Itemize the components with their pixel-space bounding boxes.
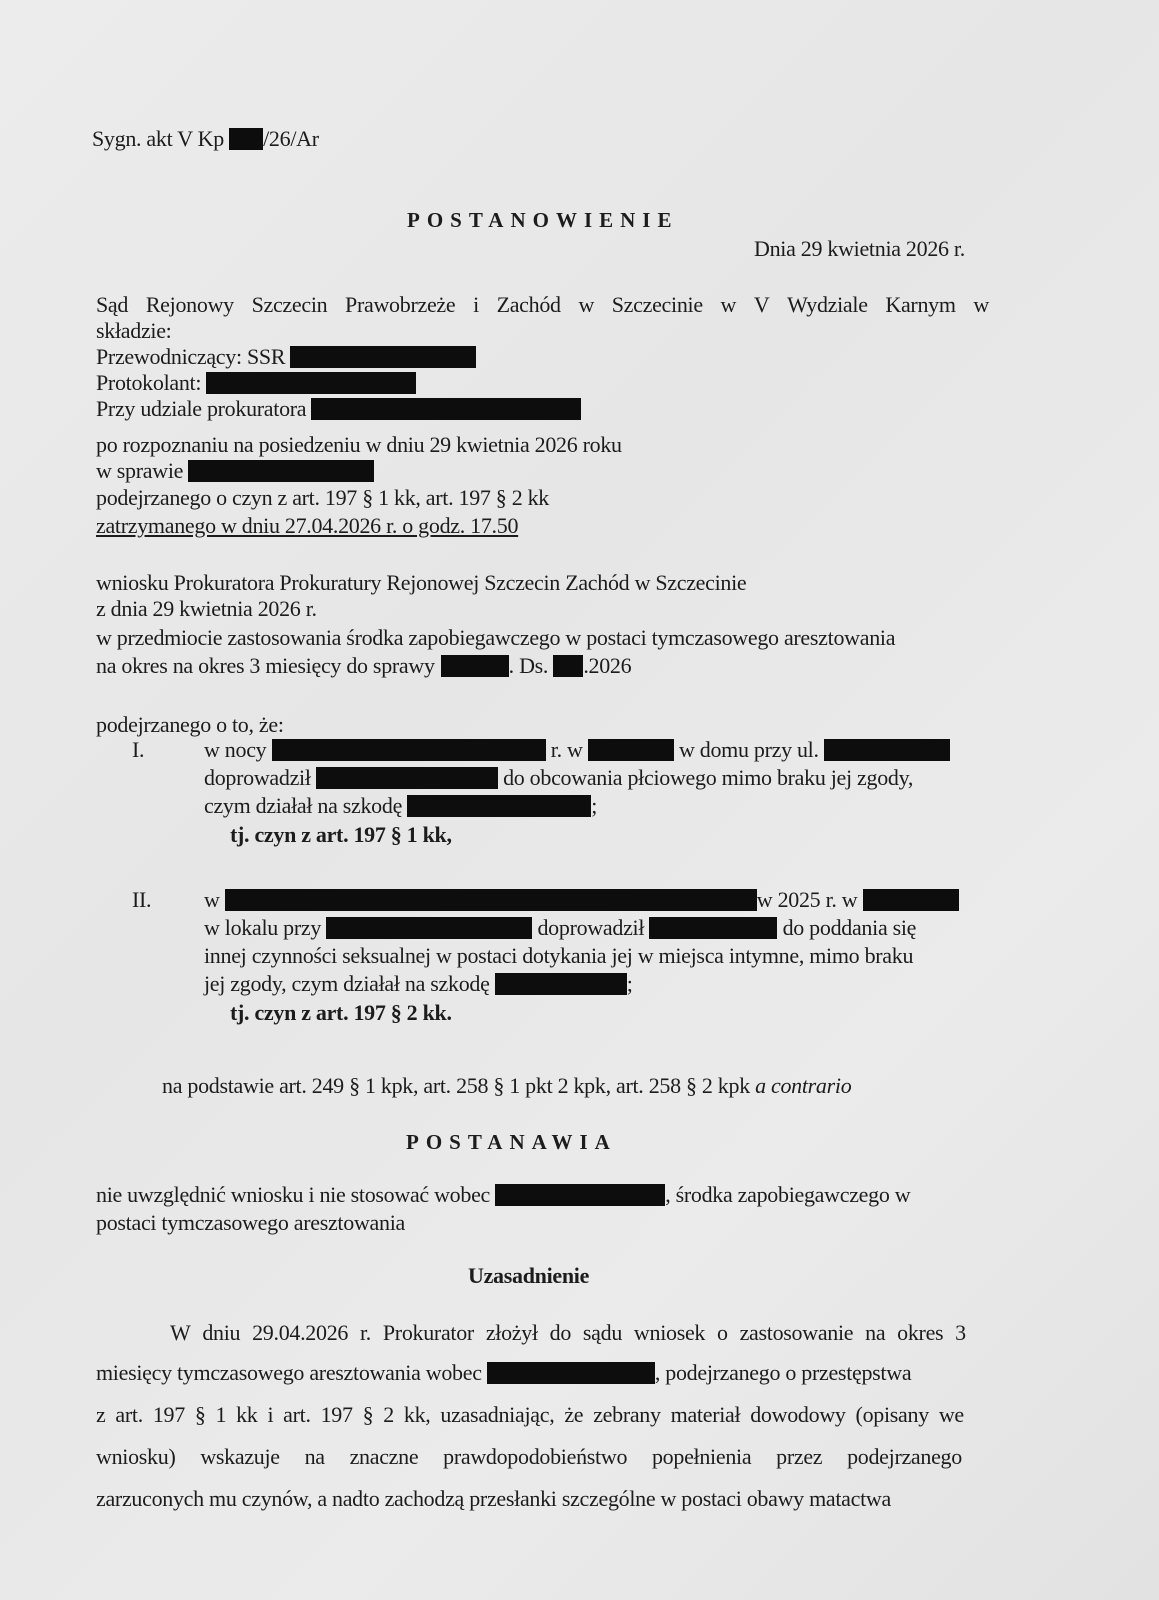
justification-title: Uzasadnienie	[468, 1263, 589, 1289]
redaction	[553, 655, 583, 677]
word: o	[717, 1320, 728, 1346]
word: zastosowanie	[740, 1320, 854, 1346]
motion-line-1: wniosku Prokuratora Prokuratury Rejonowe…	[96, 570, 746, 596]
presiding-judge: Przewodniczący: SSR	[96, 344, 476, 370]
justification-line-3: zart.197§1kkiart.197§2kk,uzasadniając,że…	[96, 1402, 964, 1428]
word: do	[550, 1320, 571, 1346]
document-date: Dnia 29 kwietnia 2026 r.	[754, 236, 965, 262]
word: (opisany	[856, 1402, 929, 1428]
charge-2-line-4: jej zgody, czym działał na szkodę ;	[204, 971, 633, 997]
justification-line-4: wniosku)wskazujenaznaczneprawdopodobieńs…	[96, 1444, 962, 1470]
redaction	[225, 889, 757, 911]
redaction	[487, 1362, 655, 1384]
word: Zachód	[497, 292, 561, 318]
word: 197	[321, 1402, 353, 1428]
charge-1-legal-qualification: tj. czyn z art. 197 § 1 kk,	[230, 822, 452, 848]
motion-line-3: w przedmiocie zastosowania środka zapobi…	[96, 625, 895, 651]
court-composition-label: składzie:	[96, 318, 172, 344]
word: z	[96, 1402, 105, 1428]
redaction	[495, 1184, 665, 1206]
redaction	[229, 128, 263, 150]
word: 1	[215, 1402, 226, 1428]
word: wskazuje	[200, 1444, 279, 1470]
charge-2-line-2: w lokalu przy doprowadził do poddania si…	[204, 915, 916, 941]
word: że	[564, 1402, 583, 1428]
charge-2-legal-qualification: tj. czyn z art. 197 § 2 kk.	[230, 1000, 452, 1026]
case-signature: Sygn. akt V Kp /26/Ar	[92, 126, 319, 152]
word: przez	[776, 1444, 822, 1470]
redaction	[188, 460, 374, 482]
redaction	[206, 372, 416, 394]
word: uzasadniając,	[440, 1402, 554, 1428]
word: §	[363, 1402, 374, 1428]
charge-1-line-1: w nocy r. w w domu przy ul.	[204, 737, 950, 763]
word: Rejonowy	[146, 292, 234, 318]
redaction	[495, 973, 627, 995]
redaction	[588, 739, 674, 761]
redaction	[649, 917, 777, 939]
word: Szczecinie	[612, 292, 703, 318]
word: Prokurator	[383, 1320, 474, 1346]
word: Szczecin	[252, 292, 328, 318]
charge-2-line-1: w w 2025 r. w	[204, 887, 959, 913]
word: w	[973, 292, 989, 318]
word: znaczne	[350, 1444, 419, 1470]
word: kk,	[404, 1402, 431, 1428]
word: w	[578, 292, 594, 318]
charge-1-line-2: doprowadził do obcowania płciowego mimo …	[204, 765, 913, 791]
word: i	[473, 292, 479, 318]
word: art.	[283, 1402, 311, 1428]
word: sądu	[583, 1320, 622, 1346]
word: prawdopodobieństwo	[443, 1444, 627, 1470]
word: Sąd	[96, 292, 128, 318]
redaction	[441, 655, 509, 677]
hearing-line: po rozpoznaniu na posiedzeniu w dniu 29 …	[96, 432, 622, 458]
charge-2-line-3: innej czynności seksualnej w postaci dot…	[204, 943, 913, 969]
word: r.	[360, 1320, 371, 1346]
word: wniosku)	[96, 1444, 176, 1470]
word: 197	[153, 1402, 185, 1428]
word: 2	[383, 1402, 394, 1428]
charge-1-line-3: czym działał na szkodę ;	[204, 793, 597, 819]
justification-line-1: Wdniu29.04.2026r.Prokuratorzłożyłdosąduw…	[170, 1320, 966, 1346]
word: 29.04.2026	[252, 1320, 348, 1346]
word: w	[721, 292, 737, 318]
word: na	[305, 1444, 325, 1470]
word: art.	[115, 1402, 143, 1428]
document-page: Sygn. akt V Kp /26/Ar POSTANOWIENIE Dnia…	[0, 0, 1159, 1600]
word: §	[195, 1402, 206, 1428]
court-clerk: Protokolant:	[96, 370, 416, 396]
redaction	[407, 795, 591, 817]
word: materiał	[671, 1402, 741, 1428]
redaction	[863, 889, 959, 911]
word: okres	[897, 1320, 943, 1346]
word: dowodowy	[750, 1402, 845, 1428]
redaction	[824, 739, 950, 761]
redaction	[290, 346, 476, 368]
redaction	[326, 917, 532, 939]
word: złożył	[486, 1320, 538, 1346]
redaction	[316, 767, 498, 789]
prosecutor-line: Przy udziale prokuratora	[96, 396, 581, 422]
decision-title: POSTANAWIA	[406, 1130, 617, 1155]
word: wniosek	[634, 1320, 705, 1346]
word: V	[754, 292, 770, 318]
motion-line-2: z dnia 29 kwietnia 2026 r.	[96, 596, 317, 622]
word: podejrzanego	[847, 1444, 962, 1470]
redaction	[311, 398, 581, 420]
word: W	[170, 1320, 190, 1346]
redaction	[272, 739, 546, 761]
word: i	[267, 1402, 273, 1428]
word: na	[865, 1320, 885, 1346]
motion-line-4: na okres na okres 3 miesięcy do sprawy. …	[96, 653, 631, 679]
word: popełnienia	[652, 1444, 751, 1470]
document-title: POSTANOWIENIE	[407, 208, 678, 233]
charge-numeral: I.	[132, 737, 144, 763]
word: 3	[955, 1320, 966, 1346]
charge-numeral: II.	[132, 887, 151, 913]
word: kk	[236, 1402, 257, 1428]
word: Karnym	[885, 292, 955, 318]
word: Wydziale	[787, 292, 868, 318]
court-line: SądRejonowySzczecinPrawobrzeżeiZachódwSz…	[96, 292, 989, 318]
charges-intro: podejrzanego o to, że:	[96, 712, 284, 738]
word: zebrany	[593, 1402, 661, 1428]
word: dniu	[202, 1320, 240, 1346]
justification-line-5: zarzuconych mu czynów, a nadto zachodzą …	[96, 1486, 891, 1512]
word: we	[939, 1402, 964, 1428]
case-line: w sprawie	[96, 458, 374, 484]
legal-basis: na podstawie art. 249 § 1 kpk, art. 258 …	[162, 1073, 851, 1099]
suspect-charges: podejrzanego o czyn z art. 197 § 1 kk, a…	[96, 485, 549, 511]
word: Prawobrzeże	[345, 292, 455, 318]
detention-info: zatrzymanego w dniu 27.04.2026 r. o godz…	[96, 513, 518, 539]
justification-line-2: miesięcy tymczasowego aresztowania wobec…	[96, 1360, 911, 1386]
decision-line-1: nie uwzględnić wniosku i nie stosować wo…	[96, 1182, 910, 1208]
decision-line-2: postaci tymczasowego aresztowania	[96, 1210, 405, 1236]
